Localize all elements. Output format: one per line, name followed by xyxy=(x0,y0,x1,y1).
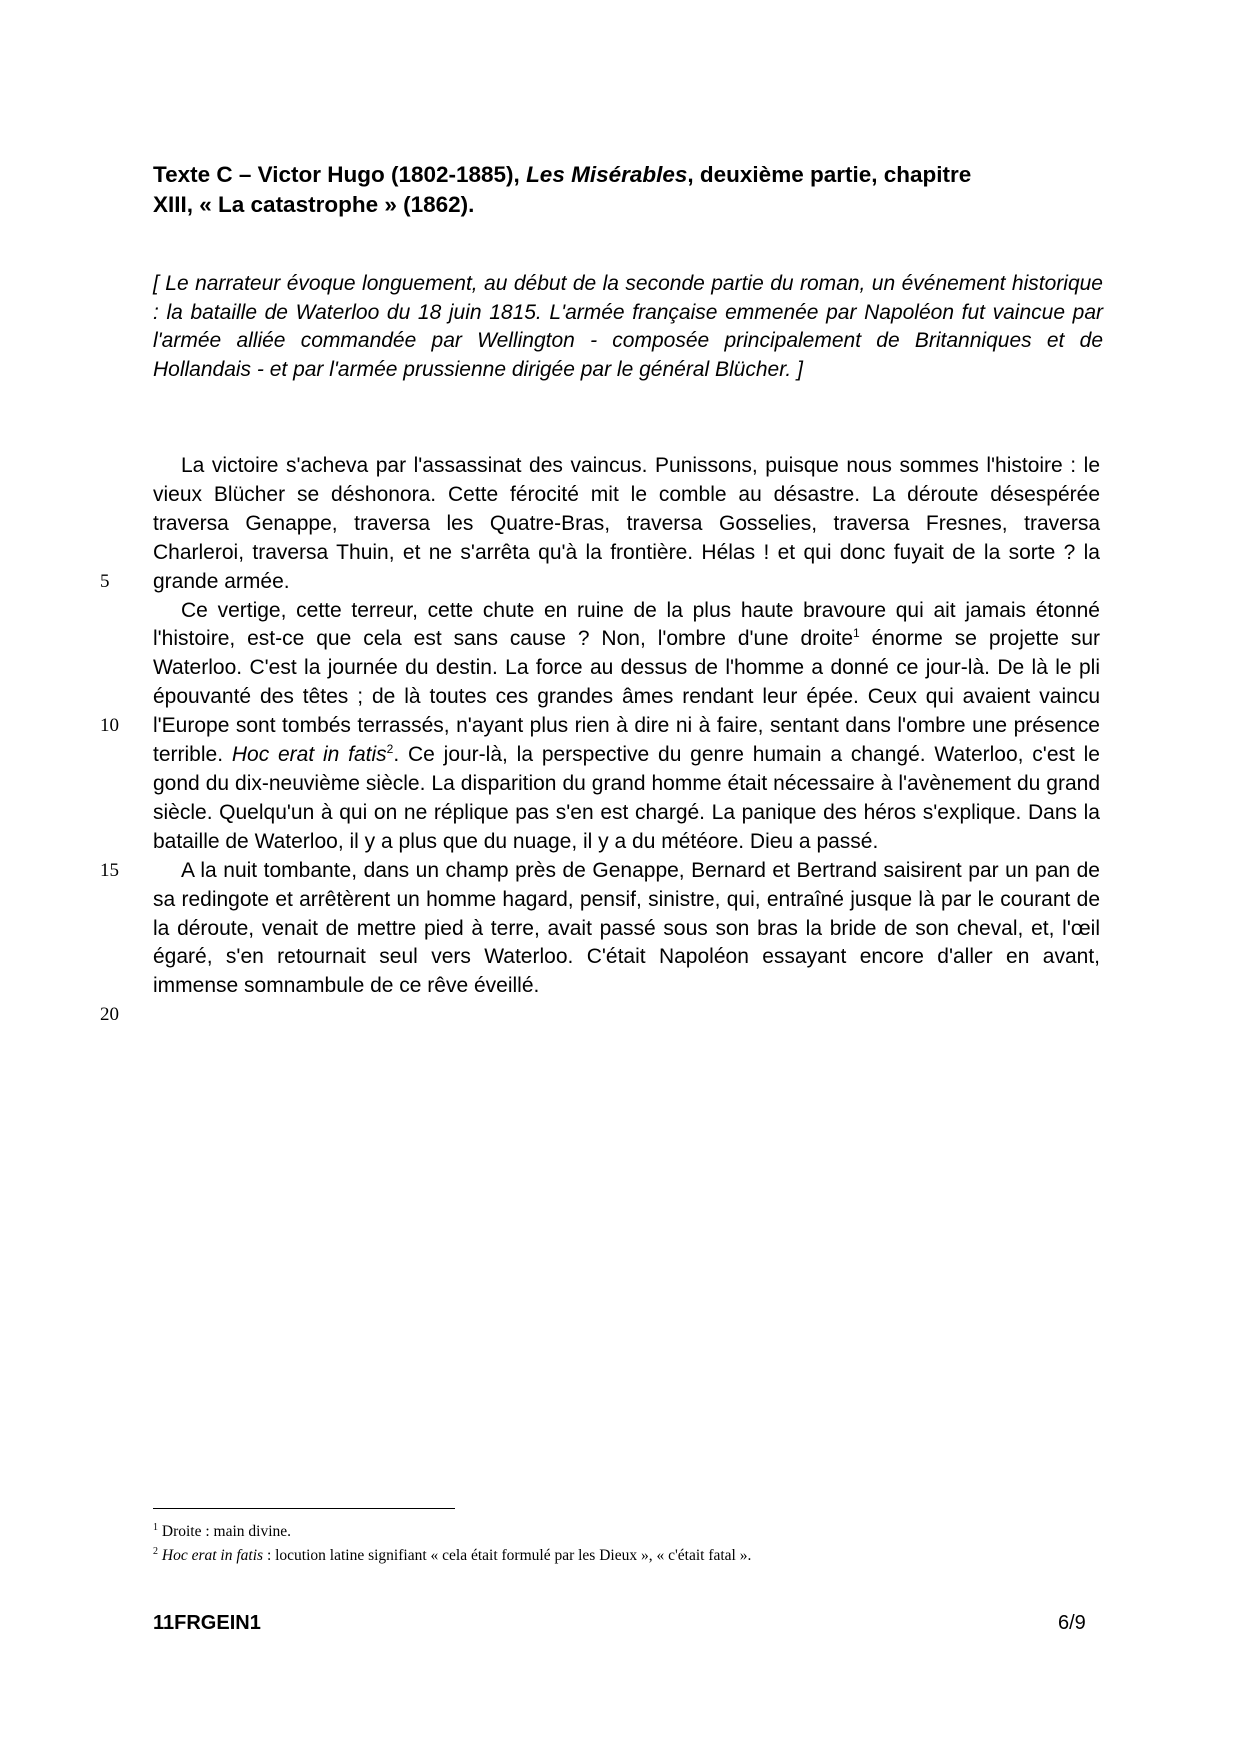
latin-phrase: Hoc erat in fatis xyxy=(232,743,387,766)
line-number-15: 15 xyxy=(100,857,119,886)
footnote-divider xyxy=(153,1508,455,1509)
intro-text: [ Le narrateur évoque longuement, au déb… xyxy=(153,270,1103,384)
footnotes: 1 Droite : main divine. 2 Hoc erat in fa… xyxy=(153,1520,1103,1568)
page-number: 6/9 xyxy=(1058,1612,1086,1635)
title-prefix: Texte C – Victor Hugo (1802-1885), xyxy=(153,162,526,187)
footnote-2-text: : locution latine signifiant « cela étai… xyxy=(263,1547,751,1564)
text-title: Texte C – Victor Hugo (1802-1885), Les M… xyxy=(153,160,1103,220)
paragraph-2: Ce vertige, cette terreur, cette chute e… xyxy=(153,597,1100,857)
intro-note: [ Le narrateur évoque longuement, au déb… xyxy=(153,270,1103,384)
line-number-5: 5 xyxy=(100,568,110,597)
title-suffix: , deuxième partie, chapitre xyxy=(687,162,971,187)
footnote-1: 1 Droite : main divine. xyxy=(153,1520,1103,1544)
line-number-20: 20 xyxy=(100,1001,119,1030)
title-line2: XIII, « La catastrophe » (1862). xyxy=(153,192,474,217)
footnote-ref-1: 1 xyxy=(853,626,860,640)
footnote-2-mark: 2 xyxy=(153,1546,158,1557)
document-code: 11FRGEIN1 xyxy=(153,1612,261,1635)
footnote-1-text: Droite : main divine. xyxy=(158,1523,291,1540)
excerpt-body: La victoire s'acheva par l'assassinat de… xyxy=(153,452,1100,1001)
paragraph-1: La victoire s'acheva par l'assassinat de… xyxy=(153,452,1100,597)
title-work: Les Misérables xyxy=(526,162,687,187)
footnote-2: 2 Hoc erat in fatis : locution latine si… xyxy=(153,1544,1103,1568)
footnote-2-term: Hoc erat in fatis xyxy=(162,1547,263,1564)
paragraph-3: A la nuit tombante, dans un champ près d… xyxy=(153,857,1100,1002)
line-number-10: 10 xyxy=(100,712,119,741)
